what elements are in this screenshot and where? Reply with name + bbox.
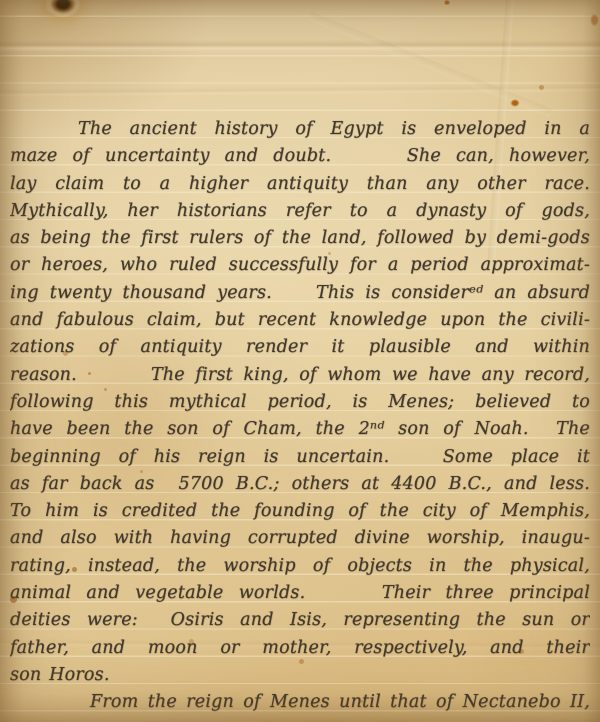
manuscript-line: lay claim to a higher antiquity than any… [10, 171, 590, 198]
manuscript-page: The ancient history of Egypt is envelope… [0, 0, 600, 722]
manuscript-line: The ancient history of Egypt is envelope… [10, 116, 590, 143]
manuscript-line: reason. The first king, of whom we have … [10, 362, 590, 389]
manuscript-line: zations of antiquity render it plausible… [10, 334, 590, 361]
manuscript-line: Mythically, her historians refer to a dy… [10, 198, 590, 225]
manuscript-line: following this mythical period, is Menes… [10, 389, 590, 416]
manuscript-line: and fabulous claim, but recent knowledge… [10, 307, 590, 334]
manuscript-line: and also with having corrupted divine wo… [10, 525, 590, 552]
manuscript-line: as far back as 5700 B.C.; others at 4400… [10, 471, 590, 498]
manuscript-line: maze of uncertainty and doubt. She can, … [10, 143, 590, 170]
manuscript-line: father, and moon or mother, respectively… [10, 635, 590, 662]
manuscript-line: son Horos. [10, 662, 590, 689]
manuscript-line: animal and vegetable worlds. Their three… [10, 580, 590, 607]
manuscript-line: To him is credited the founding of the c… [10, 498, 590, 525]
manuscript-lines: The ancient history of Egypt is envelope… [10, 116, 590, 717]
manuscript-line: have been the son of Cham, the 2ⁿᵈ son o… [10, 416, 590, 443]
manuscript-line: as being the first rulers of the land, f… [10, 225, 590, 252]
manuscript-line: From the reign of Menes until that of Ne… [10, 689, 590, 716]
manuscript-line: :ing twenty thousand years. This is cons… [10, 280, 590, 307]
manuscript-line: rating, instead, the worship of objects … [10, 553, 590, 580]
manuscript-line: or heroes, who ruled successfully for a … [10, 252, 590, 279]
manuscript-line: deities were: Osiris and Isis, represent… [10, 607, 590, 634]
manuscript-line: beginning of his reign is uncertain. Som… [10, 444, 590, 471]
